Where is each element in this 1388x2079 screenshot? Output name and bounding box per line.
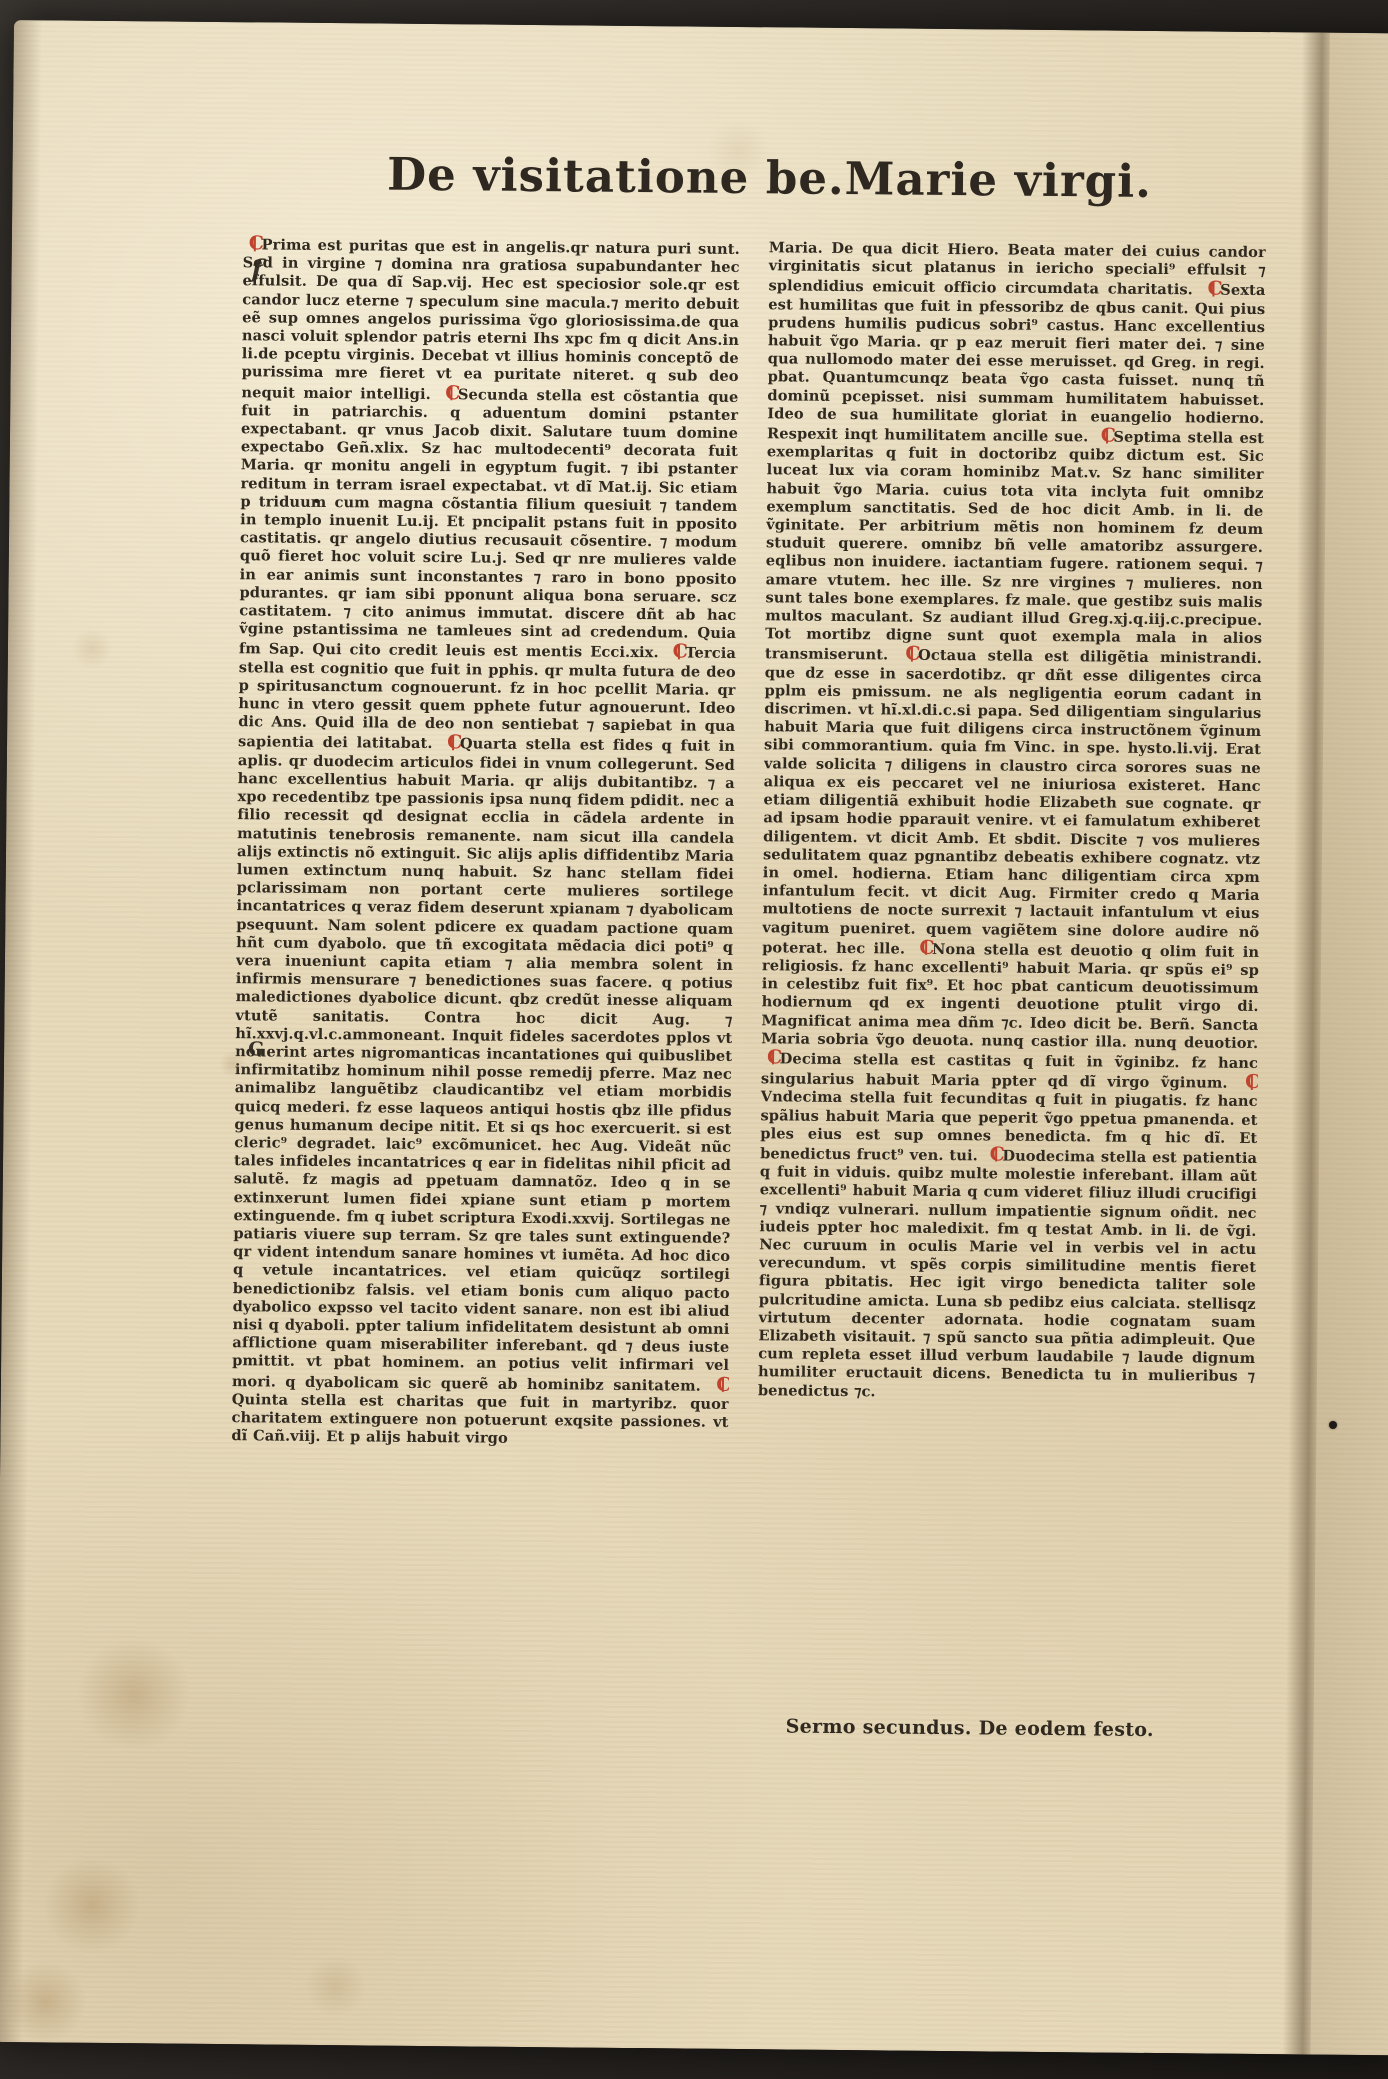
text-column-right: Maria. De qua dicit Hiero. Beata mater d…: [754, 239, 1266, 1780]
capitulum-mark: C: [667, 641, 686, 663]
capitulum-mark: C: [710, 1373, 729, 1395]
foxing-stain: [303, 1956, 369, 2017]
foxing-stain: [41, 1857, 142, 1953]
text-column-left: CPrima est puritas que est in angelis.qr…: [228, 234, 740, 1775]
capitulum-mark: C: [1201, 278, 1220, 300]
capitulum-mark: C: [761, 1046, 780, 1068]
foxing-stain: [73, 1639, 194, 1750]
photograph-of-book-page: De visitatione be.Marie virgi. f G CPrim…: [0, 0, 1388, 2079]
running-title: De visitatione be.Marie virgi.: [224, 146, 1314, 209]
ink-dot: [1329, 1421, 1337, 1429]
capitulum-mark: C: [1095, 424, 1114, 446]
page-left-edge-shadow: [0, 20, 42, 2042]
capitulum-mark: C: [1239, 1071, 1258, 1093]
capitulum-mark: C: [913, 936, 932, 958]
capitulum-mark: C: [984, 1143, 1003, 1165]
capitulum-mark: C: [243, 234, 262, 254]
capitulum-mark: C: [439, 382, 458, 404]
book-page: De visitatione be.Marie virgi. f G CPrim…: [0, 20, 1388, 2055]
capitulum-mark: C: [441, 732, 460, 754]
foxing-stain: [71, 629, 113, 669]
capitulum-mark: C: [899, 643, 918, 665]
next-sermon-heading: Sermo secundus. De eodem festo.: [786, 1715, 1154, 1741]
